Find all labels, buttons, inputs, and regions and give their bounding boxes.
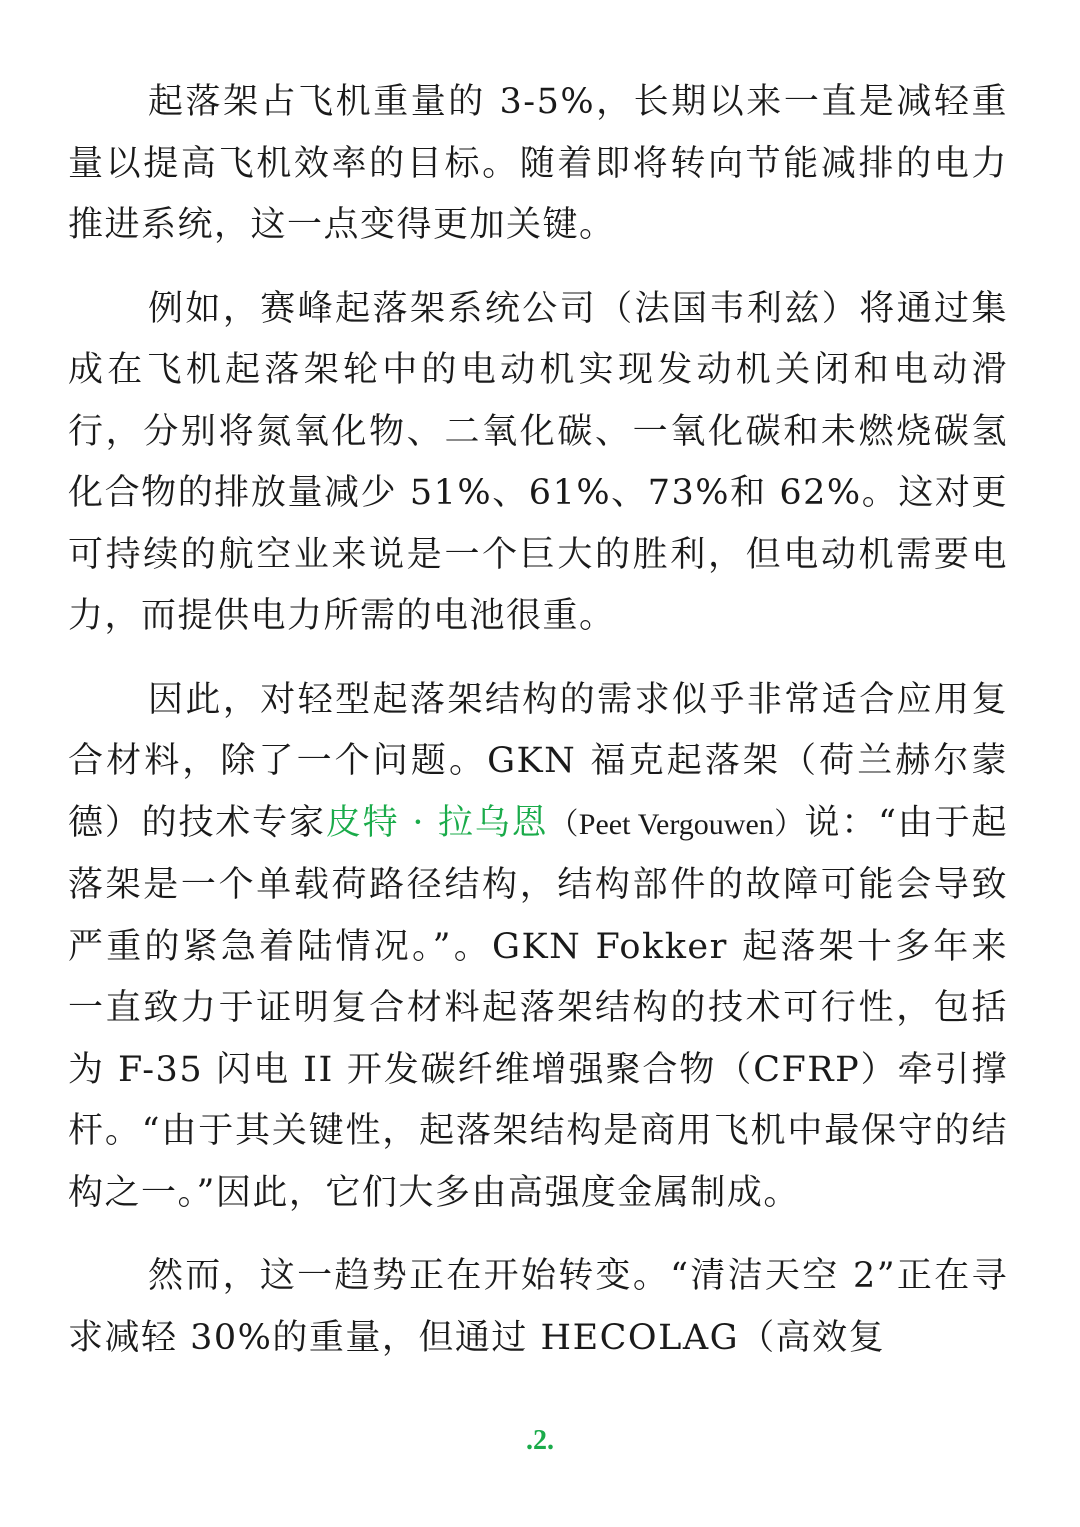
paragraph-4: 然而，这一趋势正在开始转变。“清洁天空 2”正在寻求减轻 30%的重量，但通过 …	[68, 1246, 1008, 1369]
paragraph-3: 因此，对轻型起落架结构的需求似乎非常适合应用复合材料，除了一个问题。GKN 福克…	[68, 670, 1008, 1225]
expert-name-latin: （Peet Vergouwen）	[548, 808, 804, 841]
page-number: .2.	[0, 1425, 1080, 1457]
paragraph-1-text: 起落架占飞机重量的 3-5%，长期以来一直是减轻重量以提高飞机效率的目标。随着即…	[68, 82, 1008, 245]
paragraph-2-text: 例如，赛峰起落架系统公司（法国韦利兹）将通过集成在飞机起落架轮中的电动机实现发动…	[68, 289, 1008, 637]
paragraph-3-text-b: 说：“由于起落架是一个单载荷路径结构，结构部件的故障可能会导致严重的紧急着陆情况…	[68, 803, 1008, 1213]
paragraph-2: 例如，赛峰起落架系统公司（法国韦利兹）将通过集成在飞机起落架轮中的电动机实现发动…	[68, 279, 1008, 648]
paragraph-1: 起落架占飞机重量的 3-5%，长期以来一直是减轻重量以提高飞机效率的目标。随着即…	[68, 72, 1008, 257]
expert-name-highlight: 皮特 · 拉乌恩	[326, 803, 549, 843]
paragraph-4-text: 然而，这一趋势正在开始转变。“清洁天空 2”正在寻求减轻 30%的重量，但通过 …	[68, 1256, 1008, 1358]
document-page: 起落架占飞机重量的 3-5%，长期以来一直是减轻重量以提高飞机效率的目标。随着即…	[68, 72, 1008, 1391]
